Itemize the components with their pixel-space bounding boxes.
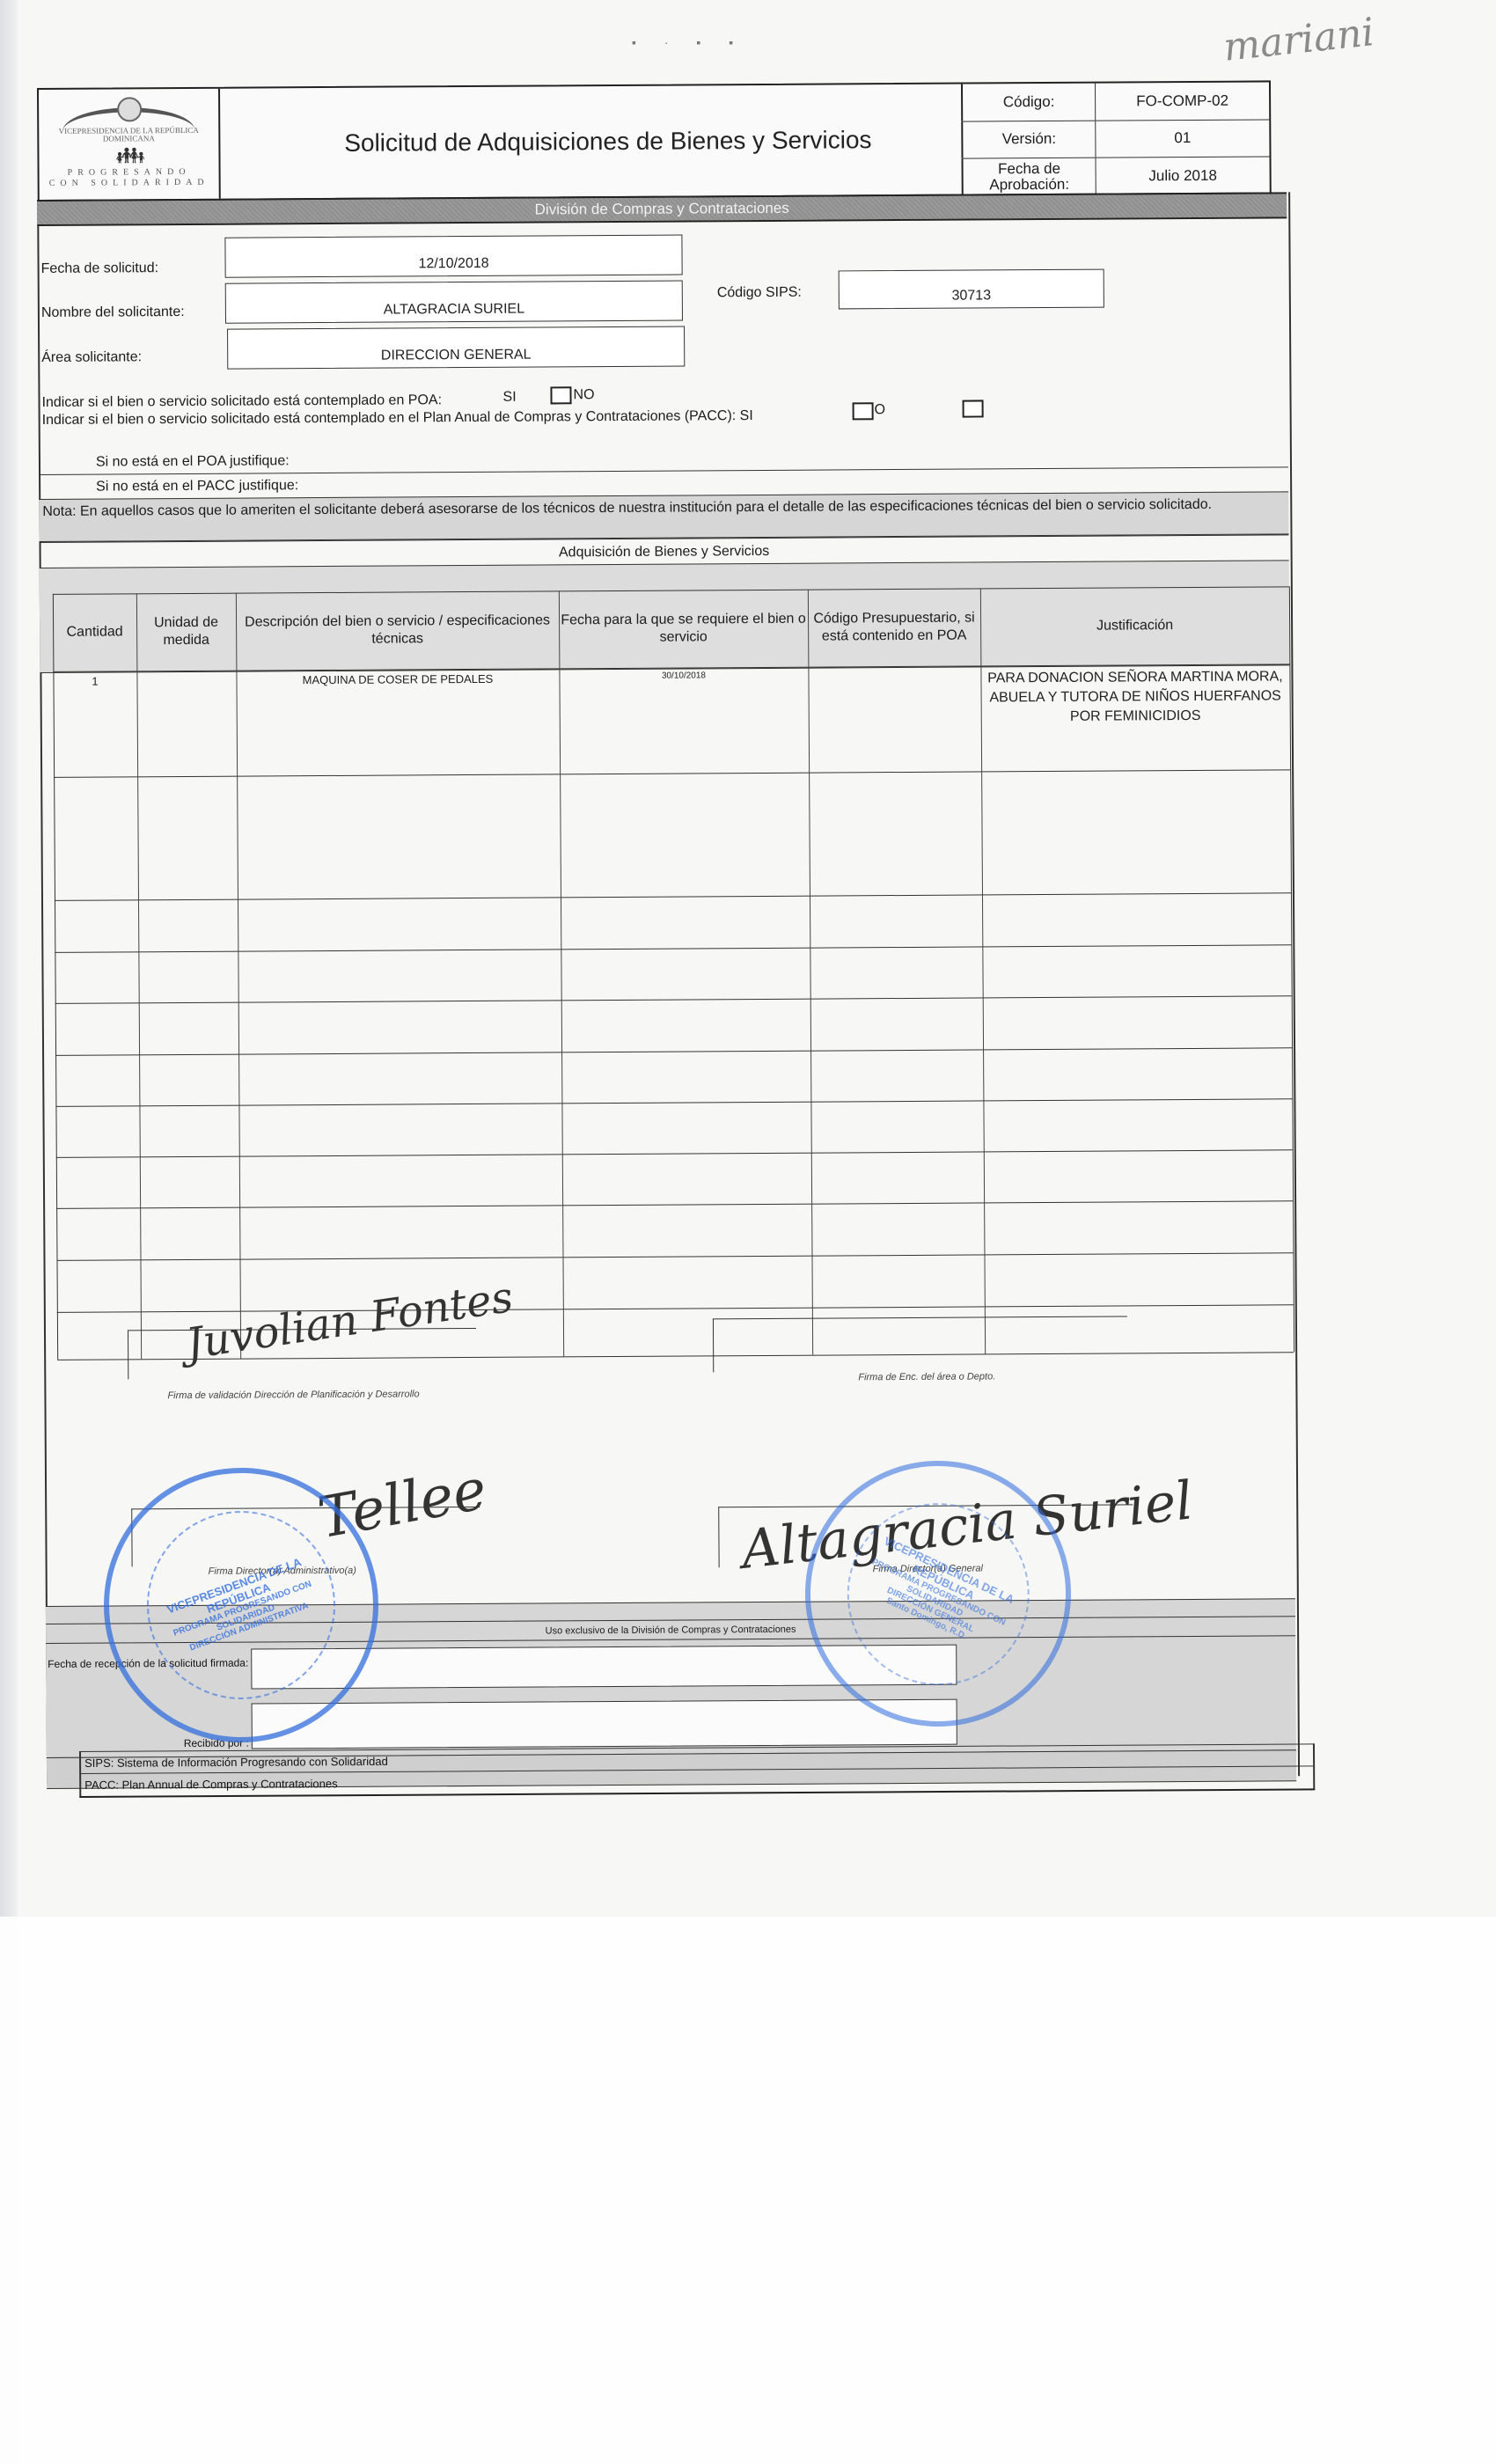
caption-area: Firma de Enc. del área o Depto. xyxy=(858,1371,995,1382)
cell-cantidad[interactable] xyxy=(54,780,138,898)
cell-cantidad[interactable] xyxy=(55,1006,139,1053)
cell-codigo[interactable] xyxy=(810,1104,983,1150)
column-header-cantidad: Cantidad xyxy=(53,593,137,671)
cell-cantidad[interactable] xyxy=(55,1109,139,1155)
table-row xyxy=(55,995,1292,1055)
table-row xyxy=(56,1200,1293,1260)
meta-row-code: Código: FO-COMP-02 xyxy=(961,82,1269,121)
table-row: 1MAQUINA DE COSER DE PEDALES30/10/2018PA… xyxy=(53,664,1290,777)
column-header-fecha: Fecha para la que se requiere el bien o … xyxy=(559,590,809,669)
cell-unidad[interactable] xyxy=(137,780,238,898)
cell-justificacion[interactable] xyxy=(983,999,1292,1047)
cell-cantidad[interactable] xyxy=(56,1211,140,1258)
nombre-field[interactable]: ALTAGRACIA SURIEL xyxy=(225,281,683,324)
column-header-justificacion: Justificación xyxy=(980,586,1290,665)
meta-value: 01 xyxy=(1096,120,1269,158)
cell-descripcion[interactable] xyxy=(238,1106,561,1154)
pacc-si-checkbox[interactable] xyxy=(853,402,874,420)
cell-descripcion[interactable] xyxy=(237,777,561,897)
cell-cantidad[interactable] xyxy=(55,955,138,1001)
cell-justificacion[interactable] xyxy=(982,896,1291,944)
footer-pacc: PACC: Plan Annual de Compras y Contratac… xyxy=(84,1777,337,1792)
cell-codigo[interactable] xyxy=(811,1206,984,1253)
scan-edge xyxy=(0,0,18,1917)
cell-codigo[interactable] xyxy=(810,950,982,996)
logo-tagline-1: PROGRESANDO xyxy=(68,166,191,178)
cell-descripcion[interactable] xyxy=(238,952,561,1000)
cell-codigo[interactable] xyxy=(810,1001,983,1048)
pacc-no-checkbox[interactable] xyxy=(963,400,984,417)
pacc-no-label: O xyxy=(875,402,886,418)
table-row xyxy=(56,1149,1293,1208)
cell-justificacion[interactable] xyxy=(981,773,1291,892)
table-row xyxy=(55,892,1291,952)
nombre-label: Nombre del solicitante: xyxy=(41,304,185,321)
cell-fecha[interactable] xyxy=(561,1002,810,1051)
table-row xyxy=(54,769,1291,900)
cell-justificacion[interactable] xyxy=(984,1256,1293,1304)
cell-codigo[interactable] xyxy=(810,898,982,945)
cell-fecha[interactable] xyxy=(562,1207,811,1256)
cell-cantidad[interactable] xyxy=(57,1263,141,1310)
cell-unidad[interactable] xyxy=(140,1160,239,1206)
table-row xyxy=(55,944,1291,1003)
meta-value: FO-COMP-02 xyxy=(1096,82,1269,120)
cell-descripcion[interactable] xyxy=(238,1055,561,1103)
cell-justificacion[interactable] xyxy=(983,1051,1292,1098)
cell-cantidad[interactable] xyxy=(56,1160,140,1206)
cell-descripcion[interactable] xyxy=(238,900,561,949)
cell-unidad[interactable] xyxy=(138,955,238,1001)
poa-justify-label: Si no está en el POA justifique: xyxy=(96,453,290,470)
table-row xyxy=(56,1252,1293,1312)
cell-unidad[interactable] xyxy=(139,1109,238,1155)
cell-unidad[interactable] xyxy=(140,1211,239,1258)
signature-box-area[interactable] xyxy=(713,1316,1127,1372)
poa-question: Indicar si el bien o servicio solicitado… xyxy=(41,392,442,411)
cell-descripcion[interactable] xyxy=(239,1157,562,1205)
received-by-field[interactable] xyxy=(252,1699,957,1749)
pacc-justify-label: Si no está en el PACC justifique: xyxy=(96,478,298,495)
area-field[interactable]: DIRECCION GENERAL xyxy=(227,326,685,370)
cell-unidad[interactable] xyxy=(138,903,238,950)
family-icon: 👪︎ xyxy=(115,143,142,167)
cell-descripcion[interactable]: MAQUINA DE COSER DE PEDALES xyxy=(236,671,560,774)
column-header-descripcion: Descripción del bien o servicio / especi… xyxy=(236,590,560,670)
cell-codigo[interactable] xyxy=(810,1052,983,1099)
sips-label: Código SIPS: xyxy=(717,285,802,302)
cell-unidad[interactable] xyxy=(136,674,237,775)
column-header-codigo: Código Presupuestario, si está contenido… xyxy=(808,588,981,666)
fecha-label: Fecha de solicitud: xyxy=(41,260,159,277)
column-header-unidad: Unidad de medida xyxy=(136,593,237,671)
cell-fecha[interactable] xyxy=(561,1054,810,1102)
cell-fecha[interactable] xyxy=(561,1105,810,1153)
poa-si-label: SI xyxy=(502,390,516,406)
cell-codigo[interactable] xyxy=(811,1155,984,1201)
poa-no-checkbox[interactable] xyxy=(550,386,571,404)
cell-descripcion[interactable] xyxy=(239,1208,562,1257)
cell-cantidad[interactable] xyxy=(55,903,138,950)
table-row xyxy=(55,1047,1292,1106)
footer-sips: SIPS: Sistema de Información Progresando… xyxy=(84,1755,388,1770)
caption-planificacion: Firma de validación Dirección de Planifi… xyxy=(167,1389,419,1401)
area-label: Área solicitante: xyxy=(41,349,142,366)
cell-justificacion[interactable] xyxy=(982,948,1291,995)
cell-unidad[interactable] xyxy=(139,1006,238,1053)
cell-fecha[interactable]: 30/10/2018 xyxy=(559,671,809,773)
cell-descripcion[interactable] xyxy=(238,1003,561,1052)
cell-justificacion[interactable] xyxy=(983,1102,1292,1149)
cell-fecha[interactable] xyxy=(561,899,810,948)
meta-label: Código: xyxy=(961,84,1096,121)
cell-codigo[interactable] xyxy=(812,1258,985,1305)
blank-area xyxy=(18,1917,1496,2464)
cell-unidad[interactable] xyxy=(139,1058,238,1104)
table-row xyxy=(55,1098,1292,1157)
fecha-field[interactable]: 12/10/2018 xyxy=(224,235,682,278)
scan-marks: ▪ · ▪ ▪ xyxy=(632,35,745,49)
cell-fecha[interactable] xyxy=(560,776,810,896)
meta-label: Versión: xyxy=(961,121,1096,158)
cell-codigo[interactable] xyxy=(808,669,981,770)
meta-row-version: Versión: 01 xyxy=(961,120,1269,159)
cell-cantidad[interactable] xyxy=(55,1058,139,1104)
cell-codigo[interactable] xyxy=(809,774,982,893)
sips-field[interactable]: 30713 xyxy=(839,269,1104,310)
footer-box: SIPS: Sistema de Información Progresando… xyxy=(79,1743,1315,1798)
cell-justificacion[interactable]: PARA DONACION SEÑORA MARTINA MORA, ABUEL… xyxy=(980,667,1290,769)
cell-fecha[interactable] xyxy=(561,951,810,999)
poa-no-label: NO xyxy=(573,387,594,403)
cell-fecha[interactable] xyxy=(562,1156,811,1204)
cell-cantidad[interactable]: 1 xyxy=(53,674,137,775)
cell-justificacion[interactable] xyxy=(984,1153,1293,1200)
coat-of-arms-icon xyxy=(62,99,194,123)
cell-unidad[interactable] xyxy=(141,1263,240,1310)
cell-fecha[interactable] xyxy=(563,1259,812,1308)
cell-justificacion[interactable] xyxy=(984,1204,1293,1252)
